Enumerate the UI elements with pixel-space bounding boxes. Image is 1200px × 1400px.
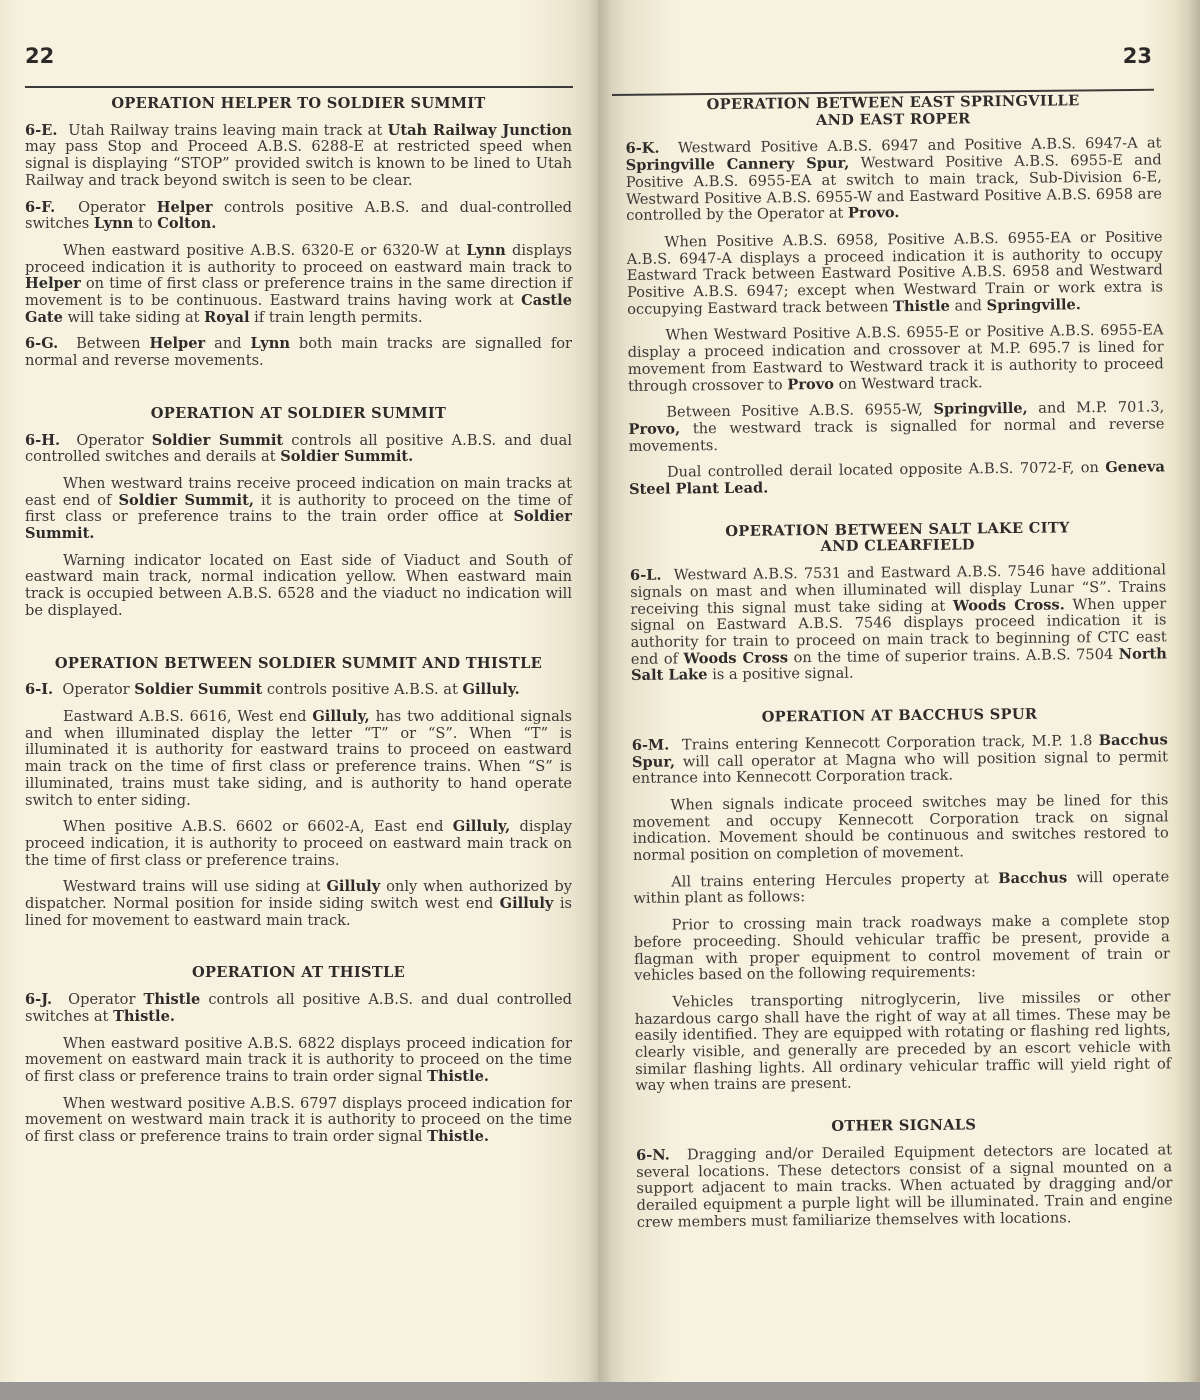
rule-text: When westward positive A.B.S. 6797 displ… [25,1095,572,1145]
rule-paragraph: Warning indicator located on East side o… [25,553,572,620]
rule-text: All trains entering Hercules property at… [633,868,1169,907]
rule-text: Westward trains will use siding at Gillu… [25,878,572,928]
rule-text: Eastward A.B.S. 6616, West end Gilluly, … [25,708,572,809]
section: OPERATION BETWEEN EAST SPRINGVILLEAND EA… [625,92,1165,498]
rule-text: Operator Soldier Summit controls all pos… [25,432,572,466]
rule-paragraph: All trains entering Hercules property at… [633,869,1169,908]
rule-text: When signals indicate proceed switches m… [632,791,1168,864]
section-gap [25,630,572,656]
rule-text: Warning indicator located on East side o… [25,552,572,619]
section-heading: OPERATION HELPER TO SOLDIER SUMMIT [25,96,572,113]
rule-paragraph: When signals indicate proceed switches m… [632,792,1169,864]
rule-text: Westward Positive A.B.S. 6947 and Positi… [626,135,1162,224]
rule-text: When Westward Positive A.B.S. 6955-E or … [628,322,1164,395]
rule-number: 6-I. [25,681,53,698]
rule-number: 6-M. [632,736,670,753]
rule-paragraph: When Positive A.B.S. 6958, Positive A.B.… [626,229,1163,318]
page-content: OPERATION HELPER TO SOLDIER SUMMIT6-E. U… [25,96,572,1156]
rule-text: Utah Railway trains leaving main track a… [25,122,572,189]
rule-text: When eastward positive A.B.S. 6320-E or … [25,242,572,326]
rule-paragraph: 6-M. Trains entering Kennecott Corporati… [632,732,1168,788]
page-content: OPERATION BETWEEN EAST SPRINGVILLEAND EA… [625,92,1173,1241]
section: OPERATION AT SOLDIER SUMMIT6-H. Operator… [25,406,572,620]
rule-text: Operator Thistle controls all positive A… [25,991,572,1025]
rule-number: 6-K. [625,140,659,157]
rule-text: When Positive A.B.S. 6958, Positive A.B.… [627,228,1163,317]
rule-paragraph: 6-F. Operator Helper controls positive A… [25,200,572,233]
section: OPERATION BETWEEN SOLDIER SUMMIT AND THI… [25,656,572,930]
rule-paragraph: Westward trains will use siding at Gillu… [25,879,572,929]
rule-paragraph: Dual controlled derail located opposite … [629,460,1165,499]
section-heading: OPERATION BETWEEN EAST SPRINGVILLEAND EA… [625,92,1161,131]
rule-paragraph: 6-I. Operator Soldier Summit controls po… [25,682,572,699]
left-page: 22 OPERATION HELPER TO SOLDIER SUMMIT6-E… [0,0,598,1382]
rule-text: Operator Soldier Summit controls positiv… [62,681,519,698]
section-heading: OPERATION AT SOLDIER SUMMIT [25,406,572,423]
section-heading: OPERATION AT THISTLE [25,965,572,982]
section-heading: OPERATION BETWEEN SOLDIER SUMMIT AND THI… [25,656,572,673]
rule-text: Dragging and/or Derailed Equipment detec… [636,1141,1172,1230]
rule-text: Between Positive A.B.S. 6955-W, Springvi… [628,399,1164,455]
right-page: 23 OPERATION BETWEEN EAST SPRINGVILLEAND… [598,0,1200,1382]
rule-text: Trains entering Kennecott Corporation tr… [632,731,1168,787]
rule-number: 6-N. [636,1146,670,1163]
page-number: 22 [25,44,54,68]
rule-number: 6-L. [630,567,662,584]
page-number: 23 [1123,44,1152,68]
section-heading: OPERATION BETWEEN SALT LAKE CITYAND CLEA… [629,519,1165,558]
section-gap [25,939,572,965]
rule-paragraph: 6-E. Utah Railway trains leaving main tr… [25,123,572,190]
rule-text: Dual controlled derail located opposite … [629,459,1165,498]
rule-number: 6-E. [25,122,57,139]
rule-number: 6-H. [25,432,60,449]
rule-paragraph: When positive A.B.S. 6602 or 6602-A, Eas… [25,819,572,869]
rule-text: Vehicles transporting nitroglycerin, liv… [635,988,1172,1094]
rule-paragraph: When eastward positive A.B.S. 6822 displ… [25,1036,572,1086]
rule-paragraph: Between Positive A.B.S. 6955-W, Springvi… [628,400,1164,456]
rule-paragraph: 6-N. Dragging and/or Derailed Equipment … [636,1142,1173,1231]
rule-paragraph: 6-K. Westward Positive A.B.S. 6947 and P… [625,136,1162,225]
rule-text: Prior to crossing main track roadways ma… [634,911,1170,984]
rule-paragraph: Prior to crossing main track roadways ma… [634,912,1171,984]
header-rule [25,86,573,88]
rule-paragraph: 6-G. Between Helper and Lynn both main t… [25,336,572,369]
rule-paragraph: When eastward positive A.B.S. 6320-E or … [25,243,572,327]
rule-text: When westward trains receive proceed ind… [25,475,572,542]
rule-text: Operator Helper controls positive A.B.S.… [25,199,572,233]
section: OPERATION BETWEEN SALT LAKE CITYAND CLEA… [629,519,1167,685]
rule-number: 6-J. [25,991,52,1008]
rule-paragraph: 6-H. Operator Soldier Summit controls al… [25,433,572,466]
rule-paragraph: 6-L. Westward A.B.S. 7531 and Eastward A… [630,563,1167,686]
rule-paragraph: When Westward Positive A.B.S. 6955-E or … [627,323,1164,395]
rule-paragraph: When westward positive A.B.S. 6797 displ… [25,1096,572,1146]
rule-paragraph: 6-J. Operator Thistle controls all posit… [25,992,572,1025]
scan-background [0,1382,1200,1400]
book-spine [588,0,612,1382]
rule-text: Westward A.B.S. 7531 and Eastward A.B.S.… [630,562,1167,685]
rule-text: When eastward positive A.B.S. 6822 displ… [25,1035,572,1085]
rule-text: Between Helper and Lynn both main tracks… [25,335,572,369]
rule-paragraph: When westward trains receive proceed ind… [25,476,572,543]
section: OPERATION HELPER TO SOLDIER SUMMIT6-E. U… [25,96,572,370]
section: OPERATION AT BACCHUS SPUR6-M. Trains ent… [631,705,1171,1095]
rule-number: 6-G. [25,335,58,352]
section-gap [25,380,572,406]
section: OPERATION AT THISTLE6-J. Operator Thistl… [25,965,572,1145]
open-booklet: 22 OPERATION HELPER TO SOLDIER SUMMIT6-E… [0,0,1200,1382]
rule-text: When positive A.B.S. 6602 or 6602-A, Eas… [25,818,572,868]
rule-number: 6-F. [25,199,55,216]
section: OTHER SIGNALS6-N. Dragging and/or Derail… [636,1115,1173,1231]
rule-paragraph: Vehicles transporting nitroglycerin, liv… [634,989,1171,1095]
rule-paragraph: Eastward A.B.S. 6616, West end Gilluly, … [25,709,572,809]
